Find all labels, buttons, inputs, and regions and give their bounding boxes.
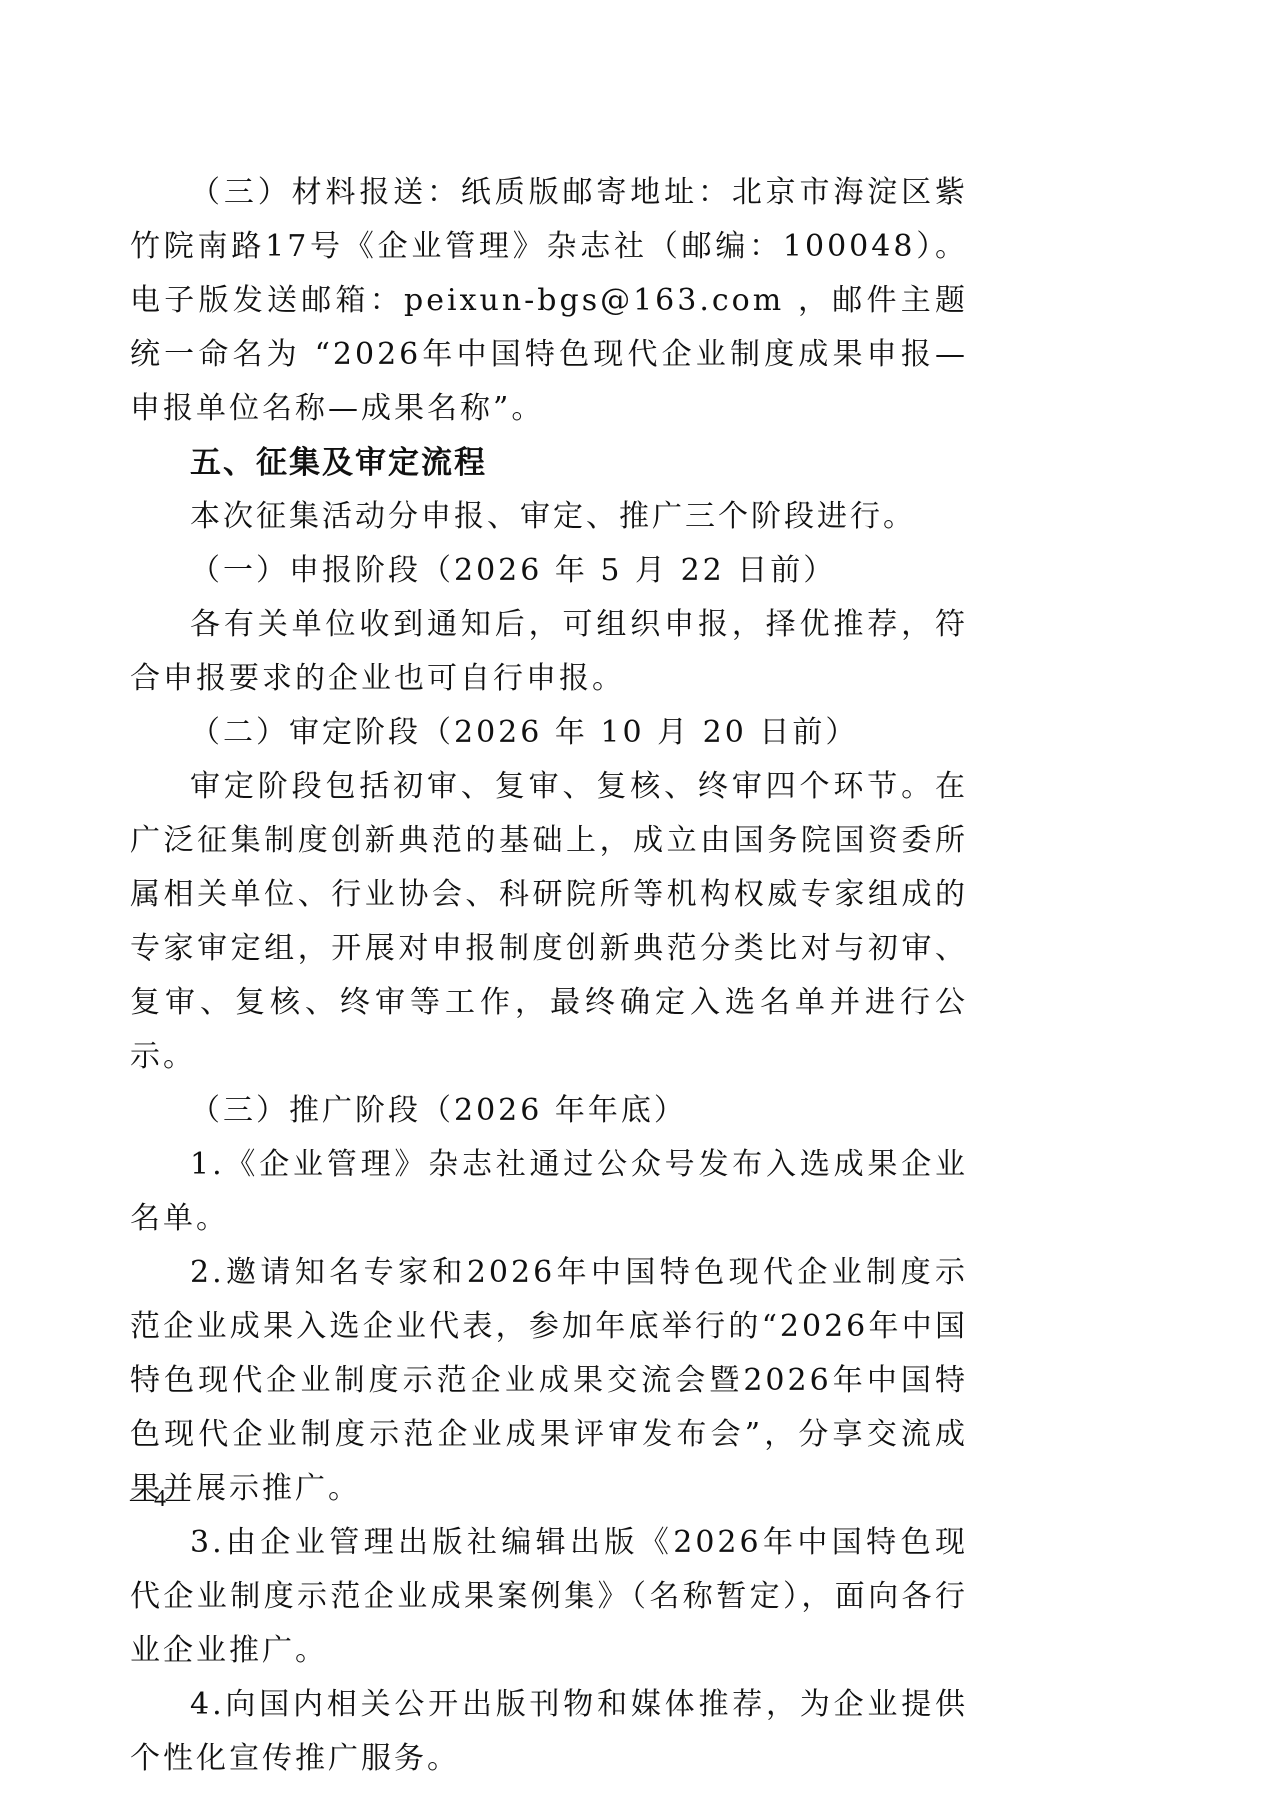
list-item-4: 4.向国内相关公开出版刊物和媒体推荐，为企业提供个性化宣传推广服务。 — [130, 1678, 968, 1786]
section-heading: 五、征集及审定流程 — [130, 436, 968, 490]
paragraph-application: 各有关单位收到通知后，可组织申报，择优推荐，符合申报要求的企业也可自行申报。 — [130, 598, 968, 706]
list-item-1: 1.《企业管理》杂志社通过公众号发布入选成果企业名单。 — [130, 1138, 968, 1246]
paragraph-materials-submission: （三）材料报送：纸质版邮寄地址：北京市海淀区紫竹院南路17号《企业管理》杂志社（… — [130, 166, 968, 436]
subheading-review-stage: （二）审定阶段（2026 年 10 月 20 日前） — [130, 706, 968, 760]
paragraph-stages-intro: 本次征集活动分申报、审定、推广三个阶段进行。 — [130, 490, 968, 544]
list-item-2: 2.邀请知名专家和2026年中国特色现代企业制度示范企业成果入选企业代表，参加年… — [130, 1246, 968, 1516]
paragraph-review: 审定阶段包括初审、复审、复核、终审四个环节。在广泛征集制度创新典范的基础上，成立… — [130, 760, 968, 1084]
page-number: —4— — [130, 1486, 190, 1513]
document-page: （三）材料报送：纸质版邮寄地址：北京市海淀区紫竹院南路17号《企业管理》杂志社（… — [130, 166, 968, 1786]
subheading-promotion-stage: （三）推广阶段（2026 年年底） — [130, 1084, 968, 1138]
list-item-3: 3.由企业管理出版社编辑出版《2026年中国特色现代企业制度示范企业成果案例集》… — [130, 1516, 968, 1678]
subheading-application-stage: （一）申报阶段（2026 年 5 月 22 日前） — [130, 544, 968, 598]
